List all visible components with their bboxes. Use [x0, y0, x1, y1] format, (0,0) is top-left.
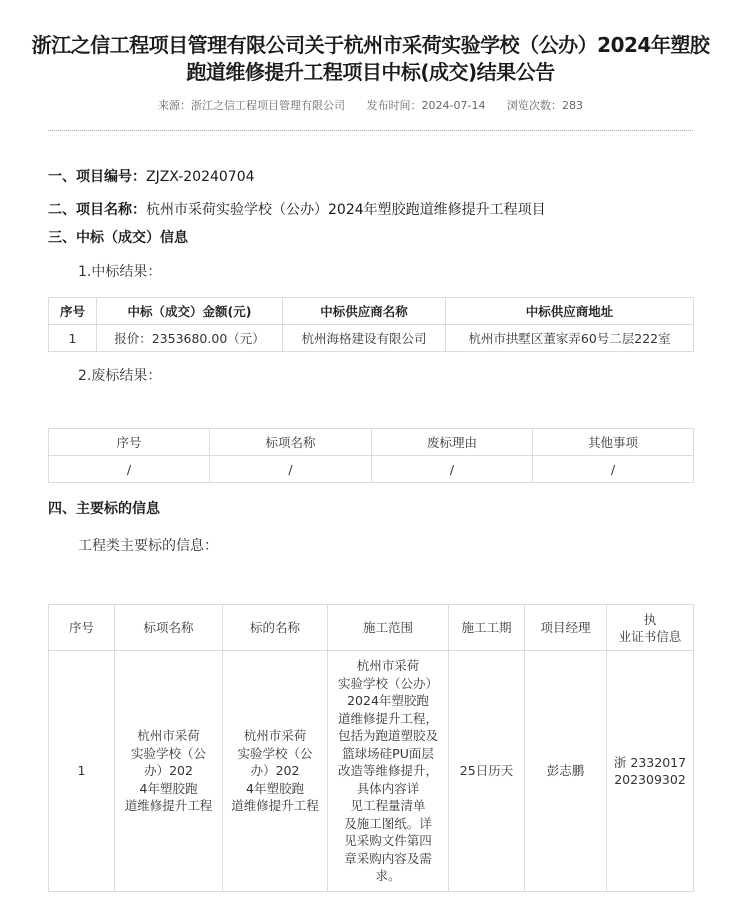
- table-header-row: 序号 标项名称 标的名称 施工范围 施工工期 项目经理 执 业证书信息: [49, 605, 694, 651]
- col-header-cert: 执 业证书信息: [607, 605, 694, 651]
- text-line: 实验学校（公: [225, 745, 325, 763]
- meta-source: 来源：浙江之信工程项目管理有限公司: [158, 99, 345, 112]
- col-header: 标的名称: [223, 605, 328, 651]
- cell-supplier-address: 杭州市拱墅区董家弄60号二层222室: [446, 325, 694, 352]
- meta-publish-time: 发布时间：2024-07-14: [367, 99, 486, 112]
- col-header: 中标供应商名称: [283, 298, 446, 325]
- text-line: 202309302: [609, 771, 691, 789]
- col-header: 标项名称: [210, 429, 372, 456]
- dotted-divider: [48, 130, 693, 131]
- main-subject-table: 序号 标项名称 标的名称 施工范围 施工工期 项目经理 执 业证书信息 1 杭州…: [48, 604, 694, 892]
- text-line: 4年塑胶跑: [225, 780, 325, 798]
- cell-project-manager: 彭志鹏: [525, 651, 607, 892]
- section-label: 四、主要标的信息: [48, 501, 160, 517]
- award-result-label: 1.中标结果：: [78, 262, 161, 282]
- table-header-row: 序号 标项名称 废标理由 其他事项: [49, 429, 694, 456]
- text-line: 章采购内容及需: [330, 850, 446, 868]
- text-line: 实验学校（公办）: [330, 675, 446, 693]
- section-project-name: 二、项目名称：杭州市采荷实验学校（公办）2024年塑胶跑道维修提升工程项目: [48, 200, 546, 220]
- cell: /: [533, 456, 694, 483]
- text-line: 篮球场硅PU面层: [330, 745, 446, 763]
- col-header: 施工工期: [449, 605, 525, 651]
- text-line: 具体内容详: [330, 780, 446, 798]
- text-line: 及施工图纸。详: [330, 815, 446, 833]
- text-line: 4年塑胶跑: [117, 780, 220, 798]
- col-header: 序号: [49, 605, 115, 651]
- section-label: 一、项目编号：: [48, 169, 146, 185]
- project-name-value: 杭州市采荷实验学校（公办）2024年塑胶跑道维修提升工程项目: [146, 202, 546, 218]
- section-label: 二、项目名称：: [48, 202, 146, 218]
- section-main-subject: 四、主要标的信息: [48, 499, 160, 519]
- col-header: 标项名称: [115, 605, 223, 651]
- text-line: 道维修提升工程: [225, 797, 325, 815]
- text-line: 杭州市采荷: [225, 727, 325, 745]
- section-label: 三、中标（成交）信息: [48, 230, 188, 246]
- article-meta: 来源：浙江之信工程项目管理有限公司 发布时间：2024-07-14 浏览次数：2…: [0, 98, 741, 114]
- text-line: 道维修提升工程: [117, 797, 220, 815]
- text-line: 改造等维修提升，: [330, 762, 446, 780]
- col-header: 项目经理: [525, 605, 607, 651]
- text-line: 杭州市采荷: [117, 727, 220, 745]
- text-line: 办）202: [117, 762, 220, 780]
- col-header: 废标理由: [372, 429, 533, 456]
- cell-subject-name: 杭州市采荷 实验学校（公 办）202 4年塑胶跑 道维修提升工程: [223, 651, 328, 892]
- cell-amount: 报价：2353680.00（元）: [97, 325, 283, 352]
- col-header: 中标供应商地址: [446, 298, 694, 325]
- cell-supplier-name: 杭州海格建设有限公司: [283, 325, 446, 352]
- meta-view-count: 浏览次数：283: [507, 99, 583, 112]
- cell-no: 1: [49, 325, 97, 352]
- table-row: 1 杭州市采荷 实验学校（公 办）202 4年塑胶跑 道维修提升工程 杭州市采荷…: [49, 651, 694, 892]
- cell-no: 1: [49, 651, 115, 892]
- col-header: 施工范围: [328, 605, 449, 651]
- header-line: 执: [609, 611, 691, 628]
- cell: /: [372, 456, 533, 483]
- text-line: 道维修提升工程，: [330, 710, 446, 728]
- cell-construction-scope: 杭州市采荷 实验学校（公办） 2024年塑胶跑 道维修提升工程， 包括为跑道塑胶…: [328, 651, 449, 892]
- page-title: 浙江之信工程项目管理有限公司关于杭州市采荷实验学校（公办）2024年塑胶跑道维修…: [30, 32, 711, 86]
- text-line: 求。: [330, 867, 446, 885]
- text-line: 包括为跑道塑胶及: [330, 727, 446, 745]
- void-result-label: 2.废标结果：: [78, 366, 161, 386]
- award-result-table: 序号 中标（成交）金额(元) 中标供应商名称 中标供应商地址 1 报价：2353…: [48, 297, 694, 352]
- section-award-info: 三、中标（成交）信息: [48, 228, 188, 248]
- cell: /: [49, 456, 210, 483]
- cell: /: [210, 456, 372, 483]
- cell-item-name: 杭州市采荷 实验学校（公 办）202 4年塑胶跑 道维修提升工程: [115, 651, 223, 892]
- text-line: 实验学校（公: [117, 745, 220, 763]
- void-result-table: 序号 标项名称 废标理由 其他事项 / / / /: [48, 428, 694, 483]
- col-header: 中标（成交）金额(元): [97, 298, 283, 325]
- text-line: 见采购文件第四: [330, 832, 446, 850]
- col-header: 序号: [49, 298, 97, 325]
- col-header: 序号: [49, 429, 210, 456]
- text-line: 浙 2332017: [609, 754, 691, 772]
- engineering-subject-label: 工程类主要标的信息：: [78, 536, 218, 556]
- section-project-number: 一、项目编号：ZJZX-20240704: [48, 167, 255, 187]
- project-number-value: ZJZX-20240704: [146, 169, 255, 185]
- col-header: 其他事项: [533, 429, 694, 456]
- text-line: 办）202: [225, 762, 325, 780]
- cell-construction-period: 25日历天: [449, 651, 525, 892]
- cell-certificate-info: 浙 2332017 202309302: [607, 651, 694, 892]
- table-row: / / / /: [49, 456, 694, 483]
- text-line: 2024年塑胶跑: [330, 692, 446, 710]
- text-line: 见工程量清单: [330, 797, 446, 815]
- text-line: 杭州市采荷: [330, 657, 446, 675]
- header-line: 业证书信息: [609, 628, 691, 645]
- table-header-row: 序号 中标（成交）金额(元) 中标供应商名称 中标供应商地址: [49, 298, 694, 325]
- table-row: 1 报价：2353680.00（元） 杭州海格建设有限公司 杭州市拱墅区董家弄6…: [49, 325, 694, 352]
